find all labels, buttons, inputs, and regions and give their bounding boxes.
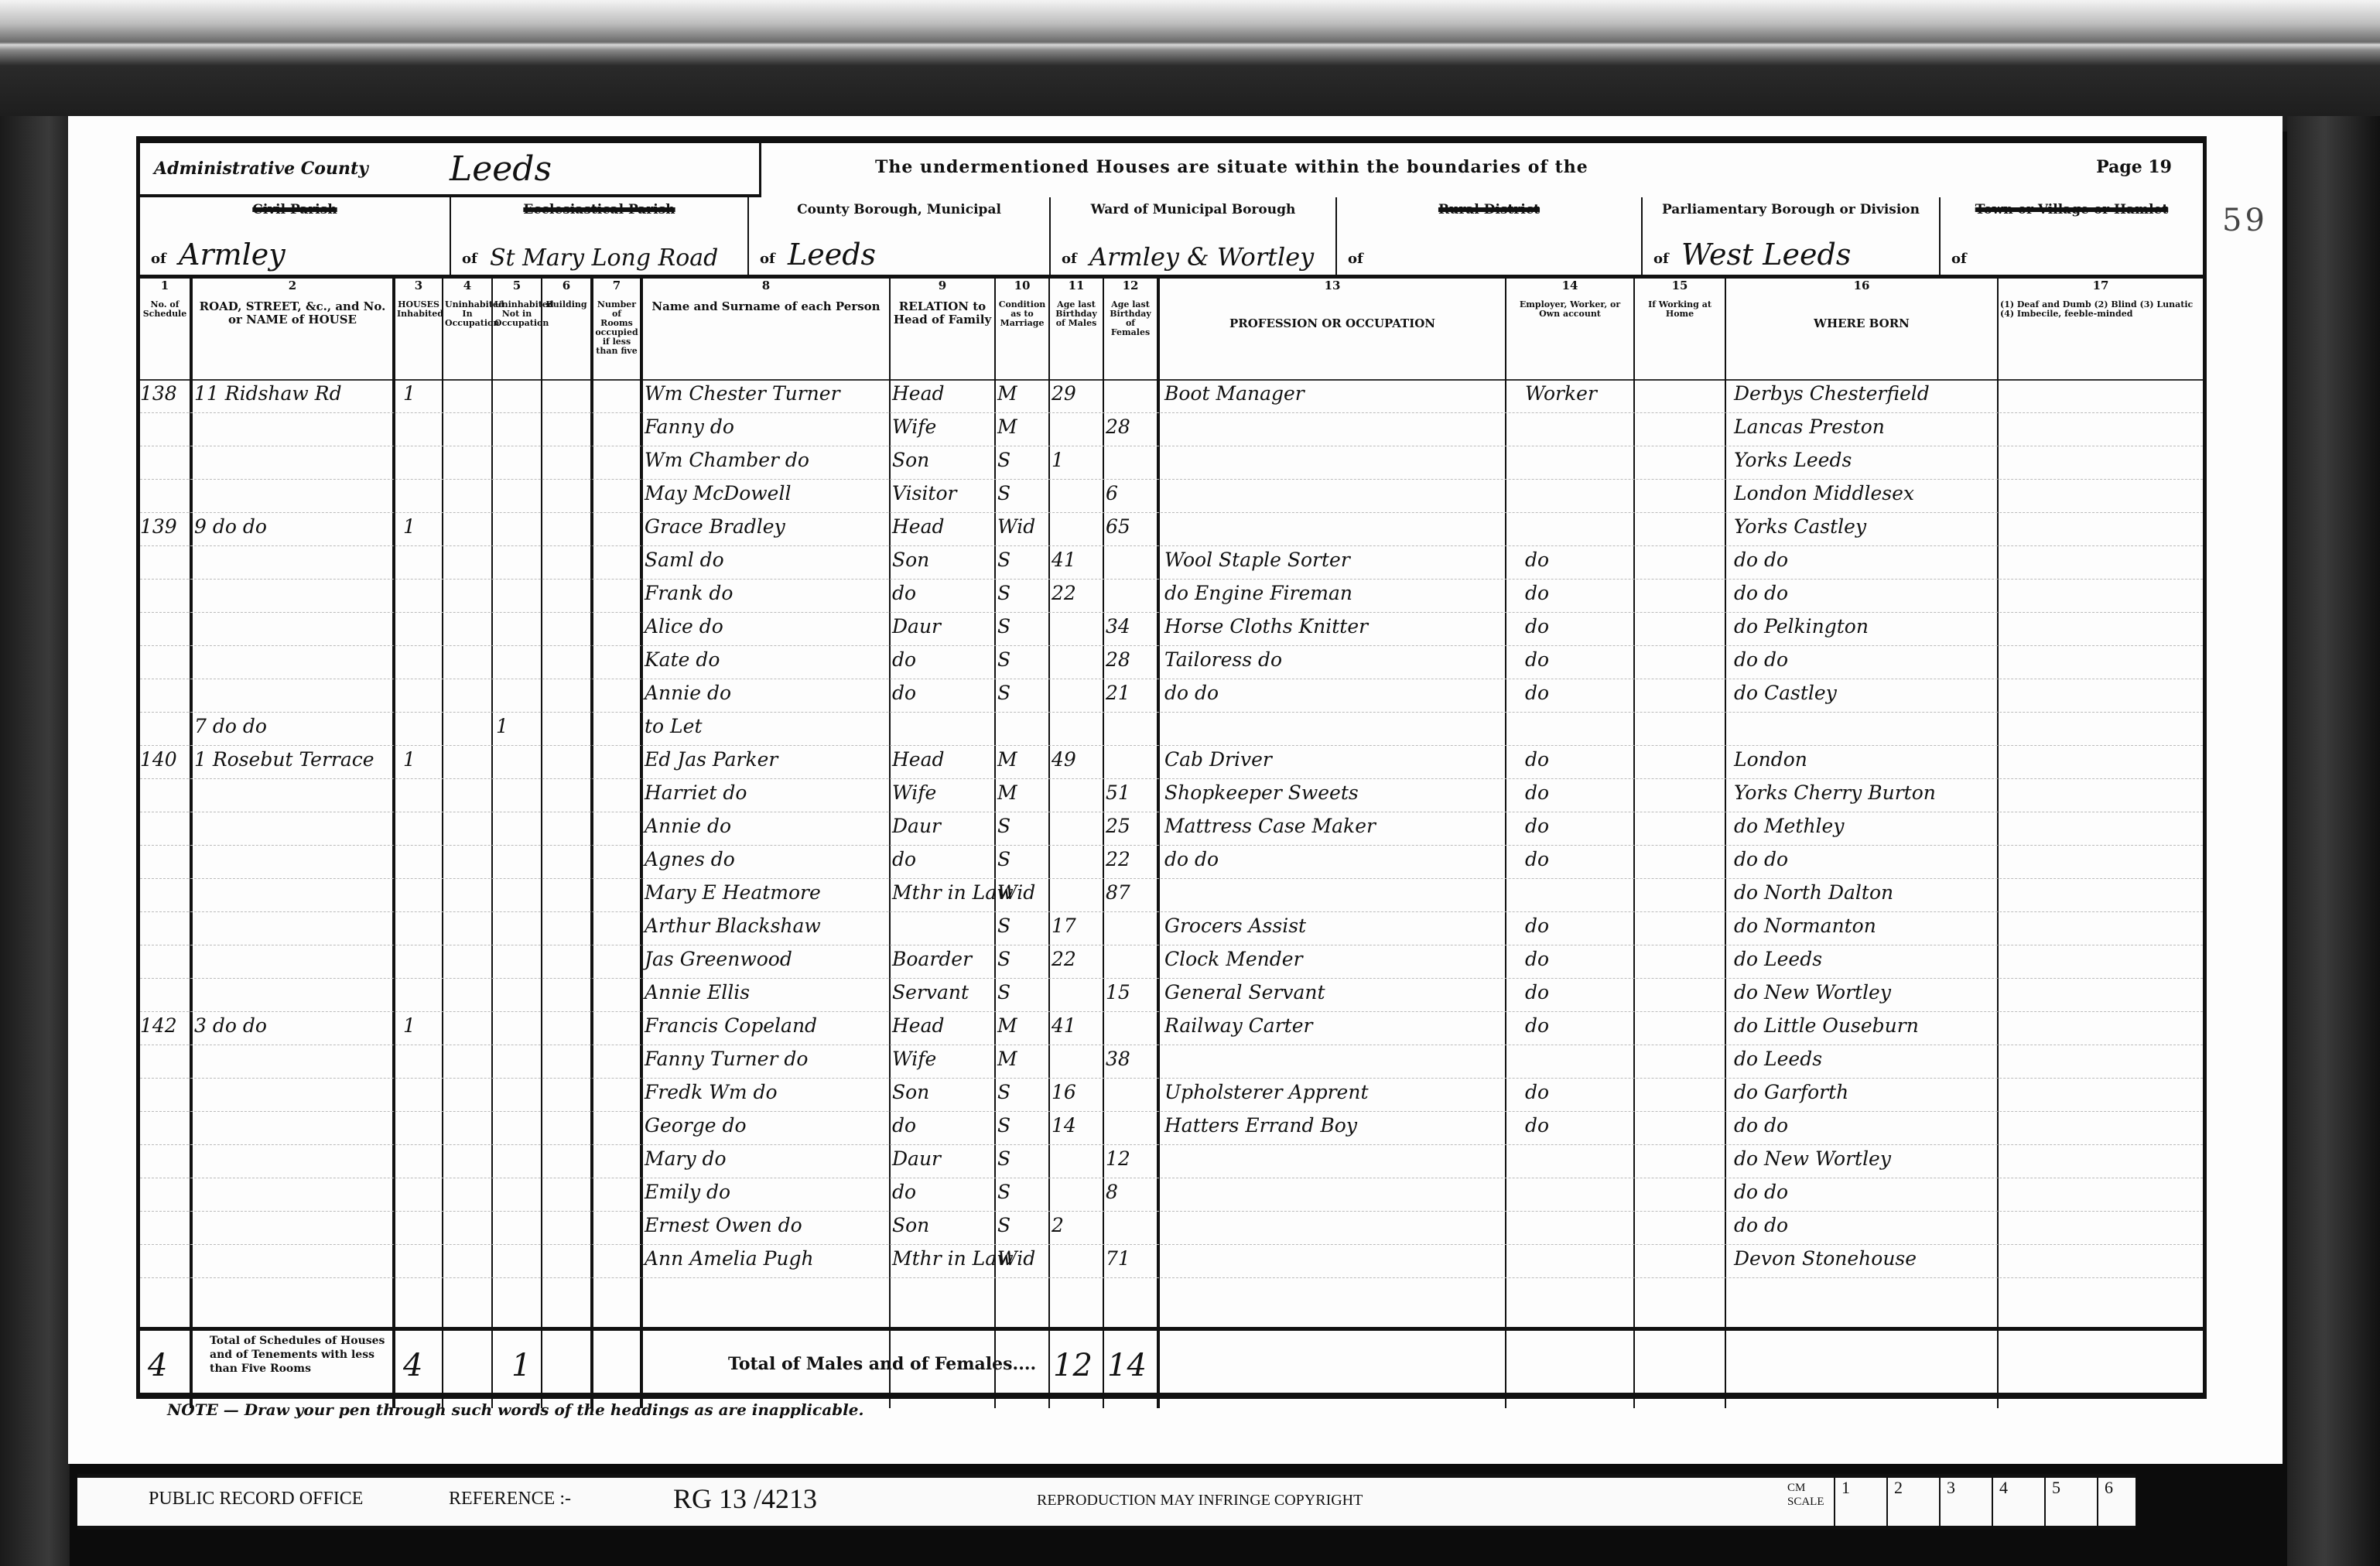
cell-uninhab-not	[496, 515, 542, 543]
cell-born: do New Wortley	[1734, 981, 1997, 1009]
box-parliamentary-division: Parliamentary Borough or Division of Wes…	[1641, 197, 1939, 275]
total-males: 12	[1053, 1348, 1093, 1383]
cell-inhab	[403, 682, 442, 709]
cell-condition: Wid	[997, 515, 1048, 543]
cell-inhab: 1	[403, 515, 442, 543]
cell-home	[1636, 648, 1722, 676]
cell-age-f: 38	[1106, 1048, 1157, 1075]
table-row: Ernest Owen doSonS2do do	[140, 1211, 2203, 1245]
cell-sched: 140	[140, 748, 190, 776]
box-ecclesiastical-parish: Ecclesiastical Parish of St Mary Long Ro…	[450, 197, 747, 275]
cell-uninhab-occ	[446, 1081, 493, 1109]
cell-born: do do	[1734, 1114, 1997, 1142]
cell-uninhab-not	[496, 881, 542, 909]
cell-inhab	[403, 1181, 442, 1209]
cell-occupation	[1164, 715, 1505, 743]
cell-condition: M	[997, 382, 1048, 410]
cell-infirmity	[2000, 449, 2201, 477]
cell-age-m	[1052, 715, 1103, 743]
cell-occupation	[1164, 515, 1505, 543]
cell-inhab: 1	[403, 382, 442, 410]
cell-employment: do	[1525, 815, 1633, 843]
cell-age-m	[1052, 881, 1103, 909]
cell-home	[1636, 682, 1722, 709]
cell-uninhab-occ	[446, 881, 493, 909]
cell-relation: Son	[892, 1214, 993, 1242]
box-county-borough: County Borough, Municipal of Leeds	[747, 197, 1049, 275]
cell-condition: S	[997, 648, 1048, 676]
cell-relation: do	[892, 1181, 993, 1209]
table-row: Fanny Turner doWifeM38do Leeds	[140, 1045, 2203, 1079]
cell-infirmity	[2000, 1147, 2201, 1175]
cell-address	[194, 848, 392, 876]
cell-age-m	[1052, 848, 1103, 876]
cell-employment	[1525, 715, 1633, 743]
cell-uninhab-not	[496, 1014, 542, 1042]
cell-address	[194, 1247, 392, 1275]
cell-relation: Son	[892, 449, 993, 477]
cell-name: Mary do	[645, 1147, 889, 1175]
cell-inhab	[403, 582, 442, 610]
cell-employment: do	[1525, 981, 1633, 1009]
cell-born: do Leeds	[1734, 1048, 1997, 1075]
cell-employment: do	[1525, 582, 1633, 610]
cell-relation	[892, 915, 993, 942]
cell-rooms	[595, 1181, 640, 1209]
cell-name: May McDowell	[645, 482, 889, 510]
cell-age-f	[1106, 715, 1157, 743]
cell-age-f: 34	[1106, 615, 1157, 643]
cell-home	[1636, 948, 1722, 976]
table-row: 1423 do do1Francis CopelandHeadM41Railwa…	[140, 1011, 2203, 1045]
cell-uninhab-not	[496, 848, 542, 876]
box-value: Armley	[179, 238, 286, 272]
cell-address	[194, 981, 392, 1009]
cell-rooms	[595, 1214, 640, 1242]
cell-uninhab-not	[496, 1081, 542, 1109]
cell-employment: do	[1525, 748, 1633, 776]
cell-rooms	[595, 549, 640, 576]
cell-inhab	[403, 715, 442, 743]
cell-born: do Methley	[1734, 815, 1997, 843]
box-of: of	[151, 251, 166, 267]
cell-relation: do	[892, 582, 993, 610]
boundary-boxes: Civil Parish of Armley Ecclesiastical Pa…	[140, 197, 2203, 279]
box-value: St Mary Long Road	[490, 244, 718, 272]
cell-inhab: 1	[403, 748, 442, 776]
cell-rooms	[595, 848, 640, 876]
cell-condition: S	[997, 981, 1048, 1009]
cell-infirmity	[2000, 415, 2201, 443]
cell-employment	[1525, 482, 1633, 510]
cell-occupation	[1164, 1147, 1505, 1175]
total-mf-label: Total of Males and of Females....	[728, 1357, 1036, 1371]
cell-rooms	[595, 515, 640, 543]
cell-uninhab-not	[496, 482, 542, 510]
scale-mark: 2	[1886, 1478, 1939, 1526]
cell-sched	[140, 815, 190, 843]
cell-occupation: Mattress Case Maker	[1164, 815, 1505, 843]
cell-name: Fanny Turner do	[645, 1048, 889, 1075]
cell-name: Fredk Wm do	[645, 1081, 889, 1109]
cell-sched	[140, 1147, 190, 1175]
table-row: Arthur BlackshawS17Grocers Assistdodo No…	[140, 911, 2203, 945]
cell-born: London	[1734, 748, 1997, 776]
cell-sched	[140, 1181, 190, 1209]
cell-uninhab-occ	[446, 515, 493, 543]
cell-inhab	[403, 549, 442, 576]
cell-condition: M	[997, 1048, 1048, 1075]
cell-sched: 142	[140, 1014, 190, 1042]
cell-uninhab-not	[496, 1214, 542, 1242]
cell-age-f: 87	[1106, 881, 1157, 909]
cell-born: Lancas Preston	[1734, 415, 1997, 443]
cell-rooms	[595, 948, 640, 976]
cell-relation: do	[892, 848, 993, 876]
cell-inhab	[403, 781, 442, 809]
cell-infirmity	[2000, 715, 2201, 743]
cell-name: Grace Bradley	[645, 515, 889, 543]
cell-address: 3 do do	[194, 1014, 392, 1042]
cell-address: 7 do do	[194, 715, 392, 743]
cell-home	[1636, 981, 1722, 1009]
table-row: 1399 do do1Grace BradleyHeadWid65Yorks C…	[140, 512, 2203, 546]
cell-relation: Boarder	[892, 948, 993, 976]
cell-inhab	[403, 948, 442, 976]
cell-occupation: Clock Mender	[1164, 948, 1505, 976]
form-note: NOTE — Draw your pen through such words …	[167, 1400, 863, 1419]
cell-sched	[140, 981, 190, 1009]
cell-uninhab-occ	[446, 1147, 493, 1175]
cell-name: Annie do	[645, 815, 889, 843]
cell-employment: do	[1525, 648, 1633, 676]
cell-age-f: 25	[1106, 815, 1157, 843]
cell-rooms	[595, 382, 640, 410]
scan-border-left	[0, 116, 70, 1566]
cell-uninhab-not	[496, 948, 542, 976]
cell-uninhab-not	[496, 648, 542, 676]
total-females: 14	[1107, 1348, 1147, 1383]
cell-occupation	[1164, 1181, 1505, 1209]
cell-name: Arthur Blackshaw	[645, 915, 889, 942]
cell-infirmity	[2000, 915, 2201, 942]
table-row: Mary doDaurS12do New Wortley	[140, 1144, 2203, 1178]
cell-home	[1636, 1081, 1722, 1109]
cell-occupation: Hatters Errand Boy	[1164, 1114, 1505, 1142]
total-schedules: 4	[148, 1348, 167, 1383]
cell-uninhab-not	[496, 981, 542, 1009]
cell-infirmity	[2000, 781, 2201, 809]
cell-uninhab-occ	[446, 981, 493, 1009]
cell-born: Devon Stonehouse	[1734, 1247, 1997, 1275]
cell-home	[1636, 1014, 1722, 1042]
cell-address	[194, 1081, 392, 1109]
cell-condition: S	[997, 615, 1048, 643]
cell-uninhab-not	[496, 1114, 542, 1142]
cell-name: to Let	[645, 715, 889, 743]
table-row: Wm Chamber doSonS1Yorks Leeds	[140, 446, 2203, 480]
cell-age-m: 17	[1052, 915, 1103, 942]
box-of: of	[1951, 251, 1967, 267]
cell-address	[194, 449, 392, 477]
totals-row: 4 Total of Schedules of Houses and of Te…	[140, 1327, 2203, 1402]
cell-infirmity	[2000, 1048, 2201, 1075]
cell-age-m	[1052, 781, 1103, 809]
cell-born: do do	[1734, 1214, 1997, 1242]
cell-uninhab-occ	[446, 715, 493, 743]
cell-uninhab-occ	[446, 948, 493, 976]
cell-name: Wm Chester Turner	[645, 382, 889, 410]
cell-inhab	[403, 1214, 442, 1242]
cell-relation: Daur	[892, 815, 993, 843]
cell-condition: S	[997, 1181, 1048, 1209]
cell-relation: Wife	[892, 1048, 993, 1075]
cell-uninhab-not	[496, 549, 542, 576]
column-headers: 1No. of Schedule 2ROAD, STREET, &c., and…	[140, 279, 2203, 381]
cell-home	[1636, 382, 1722, 410]
cell-inhab	[403, 1081, 442, 1109]
cell-sched	[140, 449, 190, 477]
cell-uninhab-occ	[446, 748, 493, 776]
box-ward: Ward of Municipal Borough of Armley & Wo…	[1049, 197, 1335, 275]
cell-rooms	[595, 915, 640, 942]
cell-age-m	[1052, 515, 1103, 543]
cell-infirmity	[2000, 1081, 2201, 1109]
cell-age-m: 22	[1052, 582, 1103, 610]
cell-uninhab-occ	[446, 682, 493, 709]
cell-age-m: 41	[1052, 1014, 1103, 1042]
record-office: PUBLIC RECORD OFFICE	[149, 1489, 363, 1510]
scale-mark: 4	[1992, 1478, 2044, 1526]
cell-address	[194, 1181, 392, 1209]
box-town-village: Town or Village or Hamlet of	[1939, 197, 2203, 275]
cell-home	[1636, 1147, 1722, 1175]
cell-relation: do	[892, 1114, 993, 1142]
cell-uninhab-occ	[446, 915, 493, 942]
cell-address	[194, 415, 392, 443]
cell-employment: do	[1525, 848, 1633, 876]
cell-uninhab-occ	[446, 615, 493, 643]
cell-sched	[140, 682, 190, 709]
cell-employment: do	[1525, 682, 1633, 709]
cell-sched	[140, 1048, 190, 1075]
cell-condition: S	[997, 1147, 1048, 1175]
cell-condition: S	[997, 1114, 1048, 1142]
cell-uninhab-occ	[446, 781, 493, 809]
cell-occupation: Upholsterer Apprent	[1164, 1081, 1505, 1109]
cell-uninhab-occ	[446, 449, 493, 477]
cell-born: do do	[1734, 1181, 1997, 1209]
cell-uninhab-occ	[446, 582, 493, 610]
cell-infirmity	[2000, 881, 2201, 909]
cell-uninhab-not	[496, 415, 542, 443]
cell-age-f	[1106, 582, 1157, 610]
table-row: Mary E HeatmoreMthr in LawWid87do North …	[140, 878, 2203, 912]
cell-home	[1636, 915, 1722, 942]
cell-age-m	[1052, 981, 1103, 1009]
cell-condition	[997, 715, 1048, 743]
cell-age-f: 65	[1106, 515, 1157, 543]
cell-rooms	[595, 682, 640, 709]
scale-mark: 3	[1939, 1478, 1992, 1526]
cell-rooms	[595, 981, 640, 1009]
box-of: of	[760, 251, 775, 267]
cell-born: Derbys Chesterfield	[1734, 382, 1997, 410]
cell-rooms	[595, 415, 640, 443]
cell-born: do Garforth	[1734, 1081, 1997, 1109]
cell-employment	[1525, 449, 1633, 477]
cell-age-m	[1052, 682, 1103, 709]
box-value: Leeds	[788, 238, 876, 272]
cell-uninhab-occ	[446, 1214, 493, 1242]
cell-home	[1636, 449, 1722, 477]
cell-employment: do	[1525, 1014, 1633, 1042]
cell-employment	[1525, 415, 1633, 443]
cell-condition: S	[997, 449, 1048, 477]
cell-relation: Head	[892, 1014, 993, 1042]
cell-sched	[140, 915, 190, 942]
cell-infirmity	[2000, 482, 2201, 510]
cell-age-f	[1106, 1014, 1157, 1042]
cell-uninhab-occ	[446, 1114, 493, 1142]
cell-age-f	[1106, 948, 1157, 976]
cell-condition: S	[997, 549, 1048, 576]
cell-occupation: do do	[1164, 682, 1505, 709]
table-row: Jas GreenwoodBoarderS22Clock Menderdodo …	[140, 945, 2203, 979]
cell-uninhab-occ	[446, 415, 493, 443]
cell-name: Emily do	[645, 1181, 889, 1209]
cell-relation	[892, 715, 993, 743]
cell-rooms	[595, 1014, 640, 1042]
cell-infirmity	[2000, 1014, 2201, 1042]
cell-age-f: 51	[1106, 781, 1157, 809]
cell-uninhab-not	[496, 615, 542, 643]
cell-infirmity	[2000, 382, 2201, 410]
cell-age-m	[1052, 1048, 1103, 1075]
cell-age-m	[1052, 648, 1103, 676]
box-label: Ward of Municipal Borough	[1051, 202, 1335, 217]
cell-home	[1636, 615, 1722, 643]
cell-age-f	[1106, 1114, 1157, 1142]
cell-age-m: 29	[1052, 382, 1103, 410]
cell-inhab	[403, 1114, 442, 1142]
cell-address	[194, 682, 392, 709]
box-of: of	[1062, 251, 1077, 267]
cell-relation: do	[892, 648, 993, 676]
cell-infirmity	[2000, 848, 2201, 876]
table-row: Emily dodoS8do do	[140, 1178, 2203, 1212]
cell-born: do New Wortley	[1734, 1147, 1997, 1175]
table-row: Harriet doWifeM51Shopkeeper SweetsdoYork…	[140, 778, 2203, 812]
box-label: Ecclesiastical Parish	[451, 202, 747, 217]
cell-employment	[1525, 1247, 1633, 1275]
cell-occupation: Grocers Assist	[1164, 915, 1505, 942]
cell-address	[194, 549, 392, 576]
cell-infirmity	[2000, 549, 2201, 576]
cell-relation: Visitor	[892, 482, 993, 510]
table-row: Annie EllisServantS15General Servantdodo…	[140, 978, 2203, 1012]
cell-age-m	[1052, 415, 1103, 443]
cell-sched	[140, 648, 190, 676]
cell-uninhab-not	[496, 449, 542, 477]
box-label: Rural District	[1337, 202, 1641, 217]
cell-inhab	[403, 648, 442, 676]
cell-occupation	[1164, 449, 1505, 477]
cell-infirmity	[2000, 1247, 2201, 1275]
cell-rooms	[595, 1048, 640, 1075]
cell-born: London Middlesex	[1734, 482, 1997, 510]
cell-name: Agnes do	[645, 848, 889, 876]
cell-address	[194, 1114, 392, 1142]
cell-relation: Head	[892, 748, 993, 776]
cell-condition: S	[997, 582, 1048, 610]
cell-relation: Servant	[892, 981, 993, 1009]
cell-rooms	[595, 748, 640, 776]
cell-uninhab-occ	[446, 1247, 493, 1275]
cell-relation: Mthr in Law	[892, 1247, 993, 1275]
box-label: Town or Village or Hamlet	[1941, 202, 2203, 217]
cell-name: Kate do	[645, 648, 889, 676]
reference-value: RG 13 /4213	[673, 1482, 817, 1515]
cell-address	[194, 1214, 392, 1242]
cell-name: Ed Jas Parker	[645, 748, 889, 776]
cell-uninhab-not	[496, 915, 542, 942]
cell-name: Mary E Heatmore	[645, 881, 889, 909]
margin-folio-number: 59	[2222, 203, 2268, 238]
cell-home	[1636, 1114, 1722, 1142]
cell-uninhab-occ	[446, 382, 493, 410]
form-header-top: Administrative County Leeds The undermen…	[140, 143, 2203, 197]
cell-condition: M	[997, 781, 1048, 809]
cell-home	[1636, 848, 1722, 876]
cm-scale: 1 2 3 4 5 6	[1834, 1478, 2149, 1526]
cell-age-f	[1106, 382, 1157, 410]
table-row: Kate dodoS28Tailoress dododo do	[140, 645, 2203, 679]
cell-age-m	[1052, 815, 1103, 843]
cell-address	[194, 815, 392, 843]
cell-infirmity	[2000, 615, 2201, 643]
cell-name: Wm Chamber do	[645, 449, 889, 477]
cell-home	[1636, 1214, 1722, 1242]
cell-name: Ann Amelia Pugh	[645, 1247, 889, 1275]
box-label: County Borough, Municipal	[749, 202, 1049, 217]
cell-home	[1636, 1247, 1722, 1275]
cell-inhab	[403, 1247, 442, 1275]
cell-employment: do	[1525, 1081, 1633, 1109]
table-row: Fanny doWifeM28Lancas Preston	[140, 412, 2203, 446]
box-label: Parliamentary Borough or Division	[1643, 202, 1939, 217]
cell-condition: S	[997, 848, 1048, 876]
cell-uninhab-not	[496, 1147, 542, 1175]
total-uninhabited: 1	[511, 1348, 531, 1383]
cell-name: Jas Greenwood	[645, 948, 889, 976]
cell-occupation: do do	[1164, 848, 1505, 876]
table-row: Annie dodoS21do dododo Castley	[140, 679, 2203, 713]
cell-condition: S	[997, 482, 1048, 510]
cell-age-f: 28	[1106, 648, 1157, 676]
cell-sched	[140, 1081, 190, 1109]
cell-condition: Wid	[997, 881, 1048, 909]
cell-infirmity	[2000, 582, 2201, 610]
cell-sched	[140, 1214, 190, 1242]
cell-condition: M	[997, 1014, 1048, 1042]
cell-name: Francis Copeland	[645, 1014, 889, 1042]
cell-address	[194, 615, 392, 643]
cell-name: Annie Ellis	[645, 981, 889, 1009]
cell-infirmity	[2000, 682, 2201, 709]
cell-age-f: 12	[1106, 1147, 1157, 1175]
cell-relation: Mthr in Law	[892, 881, 993, 909]
